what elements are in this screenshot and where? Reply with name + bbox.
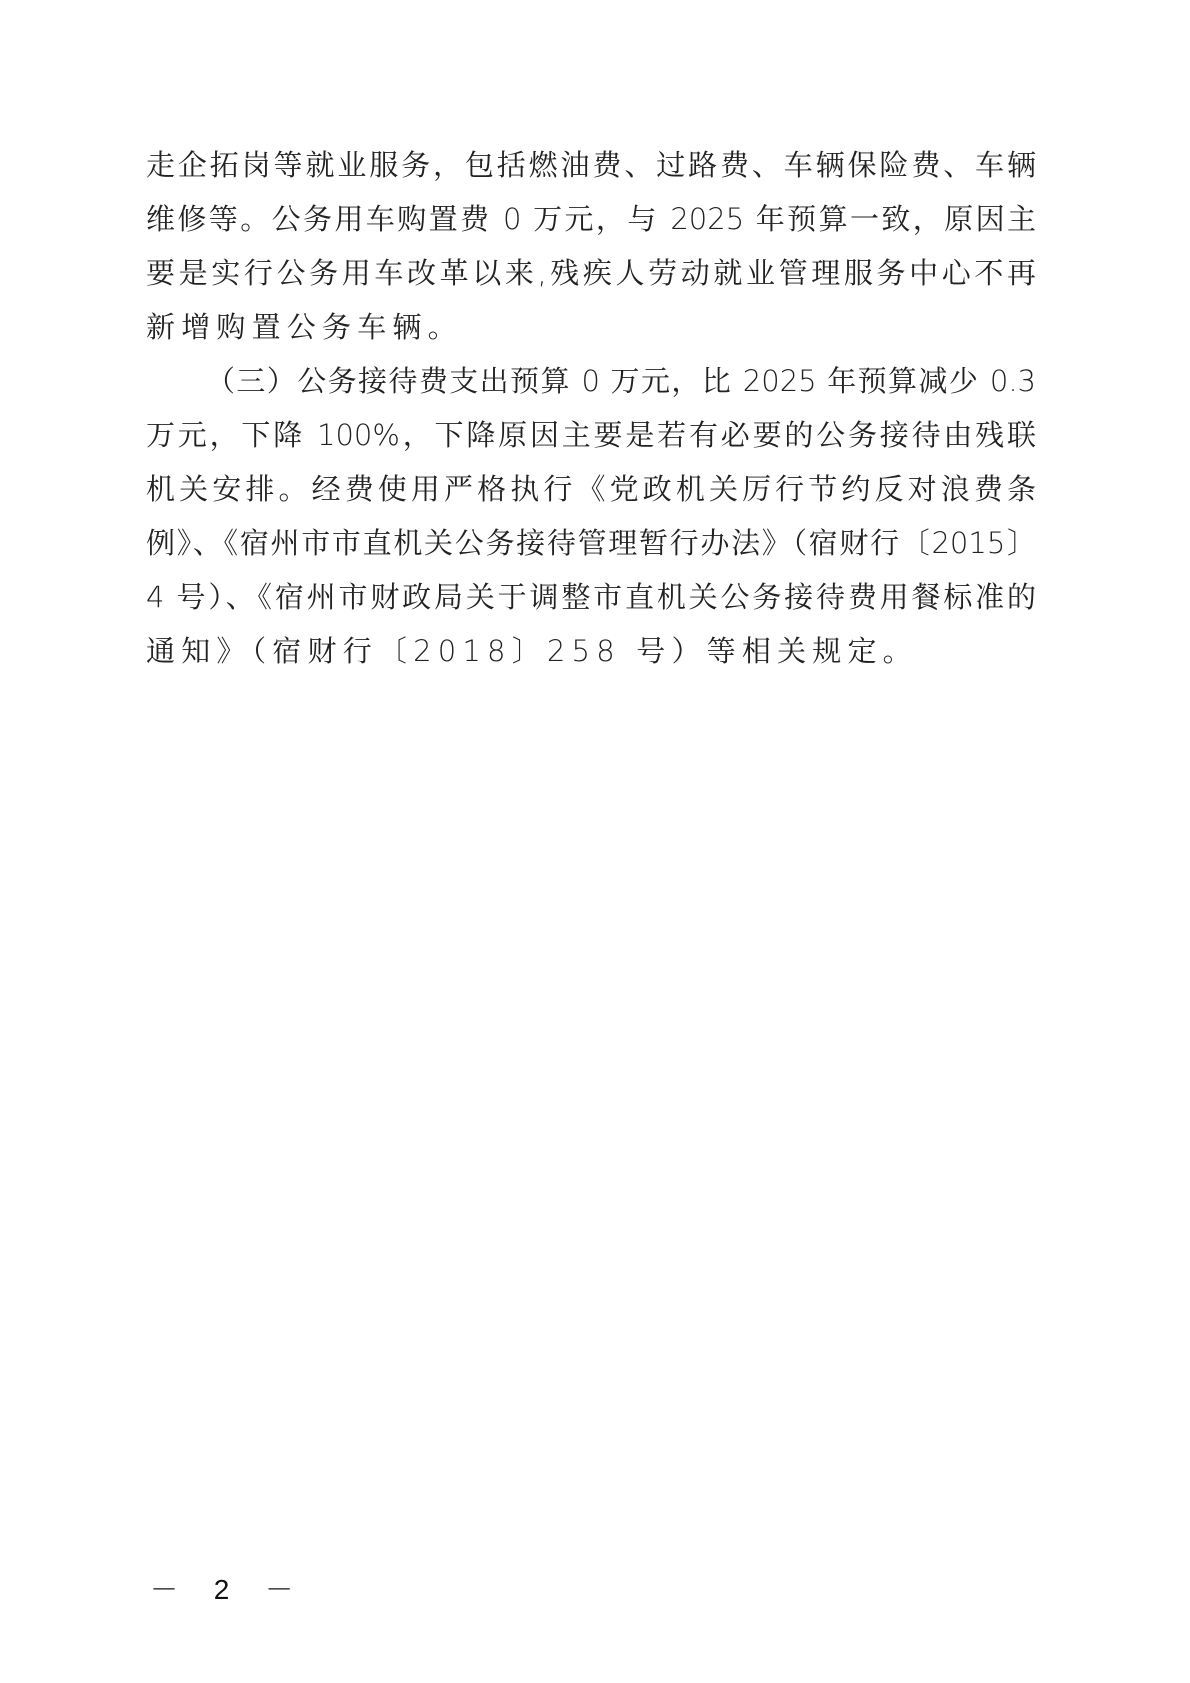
body-text-line-6: 万元，下降 100%，下降原因主要是若有必要的公务接待由残联 <box>146 408 1036 462</box>
document-page: 走企拓岗等就业服务，包括燃油费、过路费、车辆保险费、车辆 维修等。公务用车购置费… <box>0 0 1190 1683</box>
body-text-line-1: 走企拓岗等就业服务，包括燃油费、过路费、车辆保险费、车辆 <box>146 138 1036 192</box>
body-text-line-7: 机关安排。经费使用严格执行《党政机关厉行节约反对浪费条 <box>146 462 1036 516</box>
body-text-line-2: 维修等。公务用车购置费 0 万元，与 2025 年预算一致，原因主 <box>146 192 1036 246</box>
section-3-heading-line: （三）公务接待费支出预算 0 万元，比 2025 年预算减少 0.3 <box>146 354 1036 408</box>
body-text-line-10: 通知》（宿财行〔2018〕258 号）等相关规定。 <box>146 624 1036 678</box>
body-text-line-4: 新增购置公务车辆。 <box>146 300 1036 354</box>
body-text-line-9: 4 号）、《宿州市财政局关于调整市直机关公务接待费用餐标准的 <box>146 570 1036 624</box>
body-text-line-8: 例》、《宿州市市直机关公务接待管理暂行办法》（宿财行〔2015〕 <box>146 516 1036 570</box>
body-text-line-3: 要是实行公务用车改革以来,残疾人劳动就业管理服务中心不再 <box>146 246 1036 300</box>
page-number: － 2 － <box>150 1570 307 1610</box>
